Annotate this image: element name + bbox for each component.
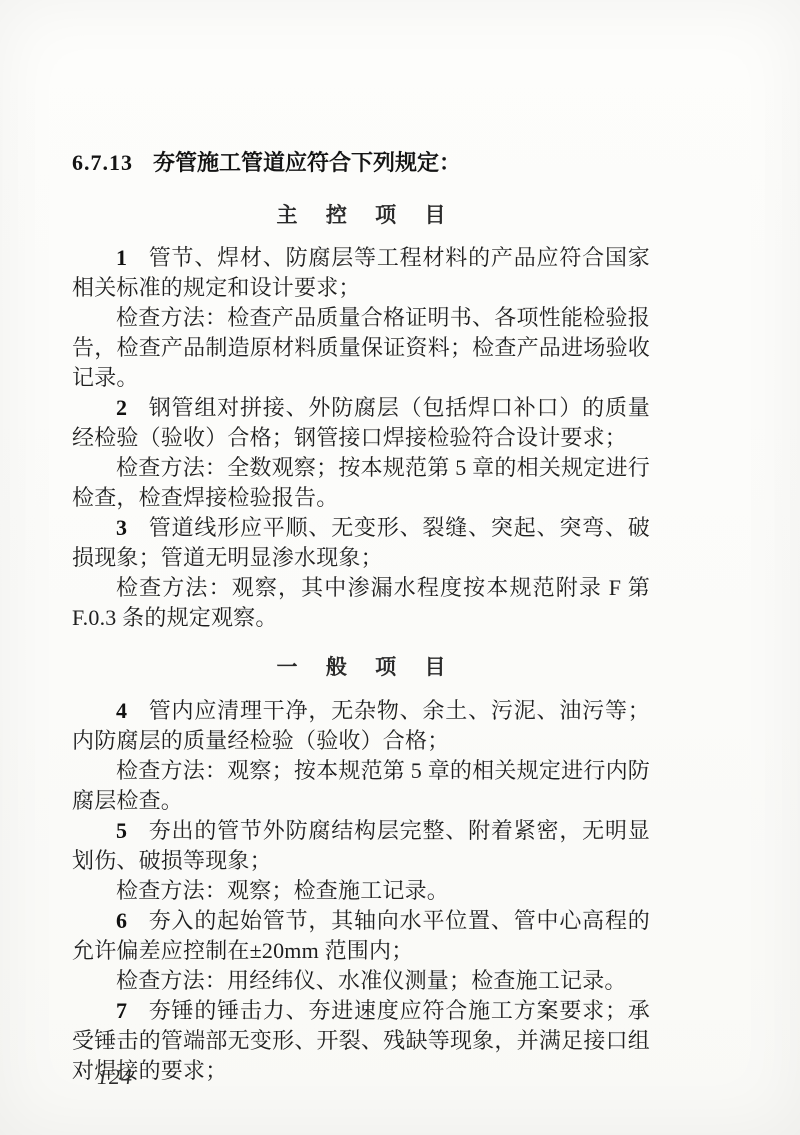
method-text: 检查方法：全数观察；按本规范第 5 章的相关规定进行检查，检查焊接检验报告。	[72, 455, 650, 510]
clause-item-6: 6夯入的起始管节，其轴向水平位置、管中心高程的允许偏差应控制在±20mm 范围内…	[72, 906, 650, 966]
item-text: 钢管组对拼接、外防腐层（包括焊口补口）的质量经检验（验收）合格；钢管接口焊接检验…	[72, 395, 650, 450]
method-text: 检查方法：观察；检查施工记录。	[116, 878, 449, 903]
clause-item-4: 4管内应清理干净，无杂物、余土、污泥、油污等；内防腐层的质量经检验（验收）合格；	[72, 696, 650, 756]
section-title-general-items: 一 般 项 目	[72, 652, 650, 682]
method-text: 检查方法：用经纬仪、水准仪测量；检查施工记录。	[116, 968, 627, 993]
inspection-method-3: 检查方法：观察，其中渗漏水程度按本规范附录 F 第 F.0.3 条的规定观察。	[72, 573, 650, 633]
item-text: 管节、焊材、防腐层等工程材料的产品应符合国家相关标准的规定和设计要求；	[72, 245, 650, 300]
method-text: 检查方法：观察；按本规范第 5 章的相关规定进行内防腐层检查。	[72, 758, 650, 813]
clause-item-5: 5夯出的管节外防腐结构层完整、附着紧密，无明显划伤、破损等现象；	[72, 816, 650, 876]
method-text: 检查方法：观察，其中渗漏水程度按本规范附录 F 第 F.0.3 条的规定观察。	[72, 575, 650, 630]
item-text: 管内应清理干净，无杂物、余土、污泥、油污等；内防腐层的质量经检验（验收）合格；	[72, 698, 650, 753]
clause-item-2: 2钢管组对拼接、外防腐层（包括焊口补口）的质量经检验（验收）合格；钢管接口焊接检…	[72, 393, 650, 453]
item-text: 夯出的管节外防腐结构层完整、附着紧密，无明显划伤、破损等现象；	[72, 818, 650, 873]
method-text: 检查方法：检查产品质量合格证明书、各项性能检验报告，检查产品制造原材料质量保证资…	[72, 305, 650, 390]
item-number: 1	[116, 245, 127, 270]
item-number: 6	[116, 908, 127, 933]
section-title-main-control-items: 主 控 项 目	[72, 200, 650, 230]
document-page: 6.7.13夯管施工管道应符合下列规定： 主 控 项 目 1管节、焊材、防腐层等…	[0, 0, 800, 1135]
inspection-method-6: 检查方法：用经纬仪、水准仪测量；检查施工记录。	[72, 966, 650, 996]
item-number: 2	[116, 395, 127, 420]
item-number: 7	[116, 998, 127, 1023]
item-text: 夯入的起始管节，其轴向水平位置、管中心高程的允许偏差应控制在±20mm 范围内；	[72, 908, 650, 963]
clause-item-3: 3管道线形应平顺、无变形、裂缝、突起、突弯、破损现象；管道无明显渗水现象；	[72, 513, 650, 573]
clause-heading: 6.7.13夯管施工管道应符合下列规定：	[72, 148, 650, 178]
clause-title: 夯管施工管道应符合下列规定：	[153, 150, 461, 175]
clause-item-1: 1管节、焊材、防腐层等工程材料的产品应符合国家相关标准的规定和设计要求；	[72, 243, 650, 303]
clause-number: 6.7.13	[72, 150, 133, 175]
page-number: 124	[97, 1064, 133, 1090]
item-number: 4	[116, 698, 127, 723]
inspection-method-2: 检查方法：全数观察；按本规范第 5 章的相关规定进行检查，检查焊接检验报告。	[72, 453, 650, 513]
item-number: 3	[116, 515, 127, 540]
clause-item-7: 7夯锤的锤击力、夯进速度应符合施工方案要求；承受锤击的管端部无变形、开裂、残缺等…	[72, 996, 650, 1086]
inspection-method-5: 检查方法：观察；检查施工记录。	[72, 876, 650, 906]
inspection-method-4: 检查方法：观察；按本规范第 5 章的相关规定进行内防腐层检查。	[72, 756, 650, 816]
inspection-method-1: 检查方法：检查产品质量合格证明书、各项性能检验报告，检查产品制造原材料质量保证资…	[72, 303, 650, 393]
item-number: 5	[116, 818, 127, 843]
item-text: 管道线形应平顺、无变形、裂缝、突起、突弯、破损现象；管道无明显渗水现象；	[72, 515, 650, 570]
item-text: 夯锤的锤击力、夯进速度应符合施工方案要求；承受锤击的管端部无变形、开裂、残缺等现…	[72, 998, 650, 1083]
